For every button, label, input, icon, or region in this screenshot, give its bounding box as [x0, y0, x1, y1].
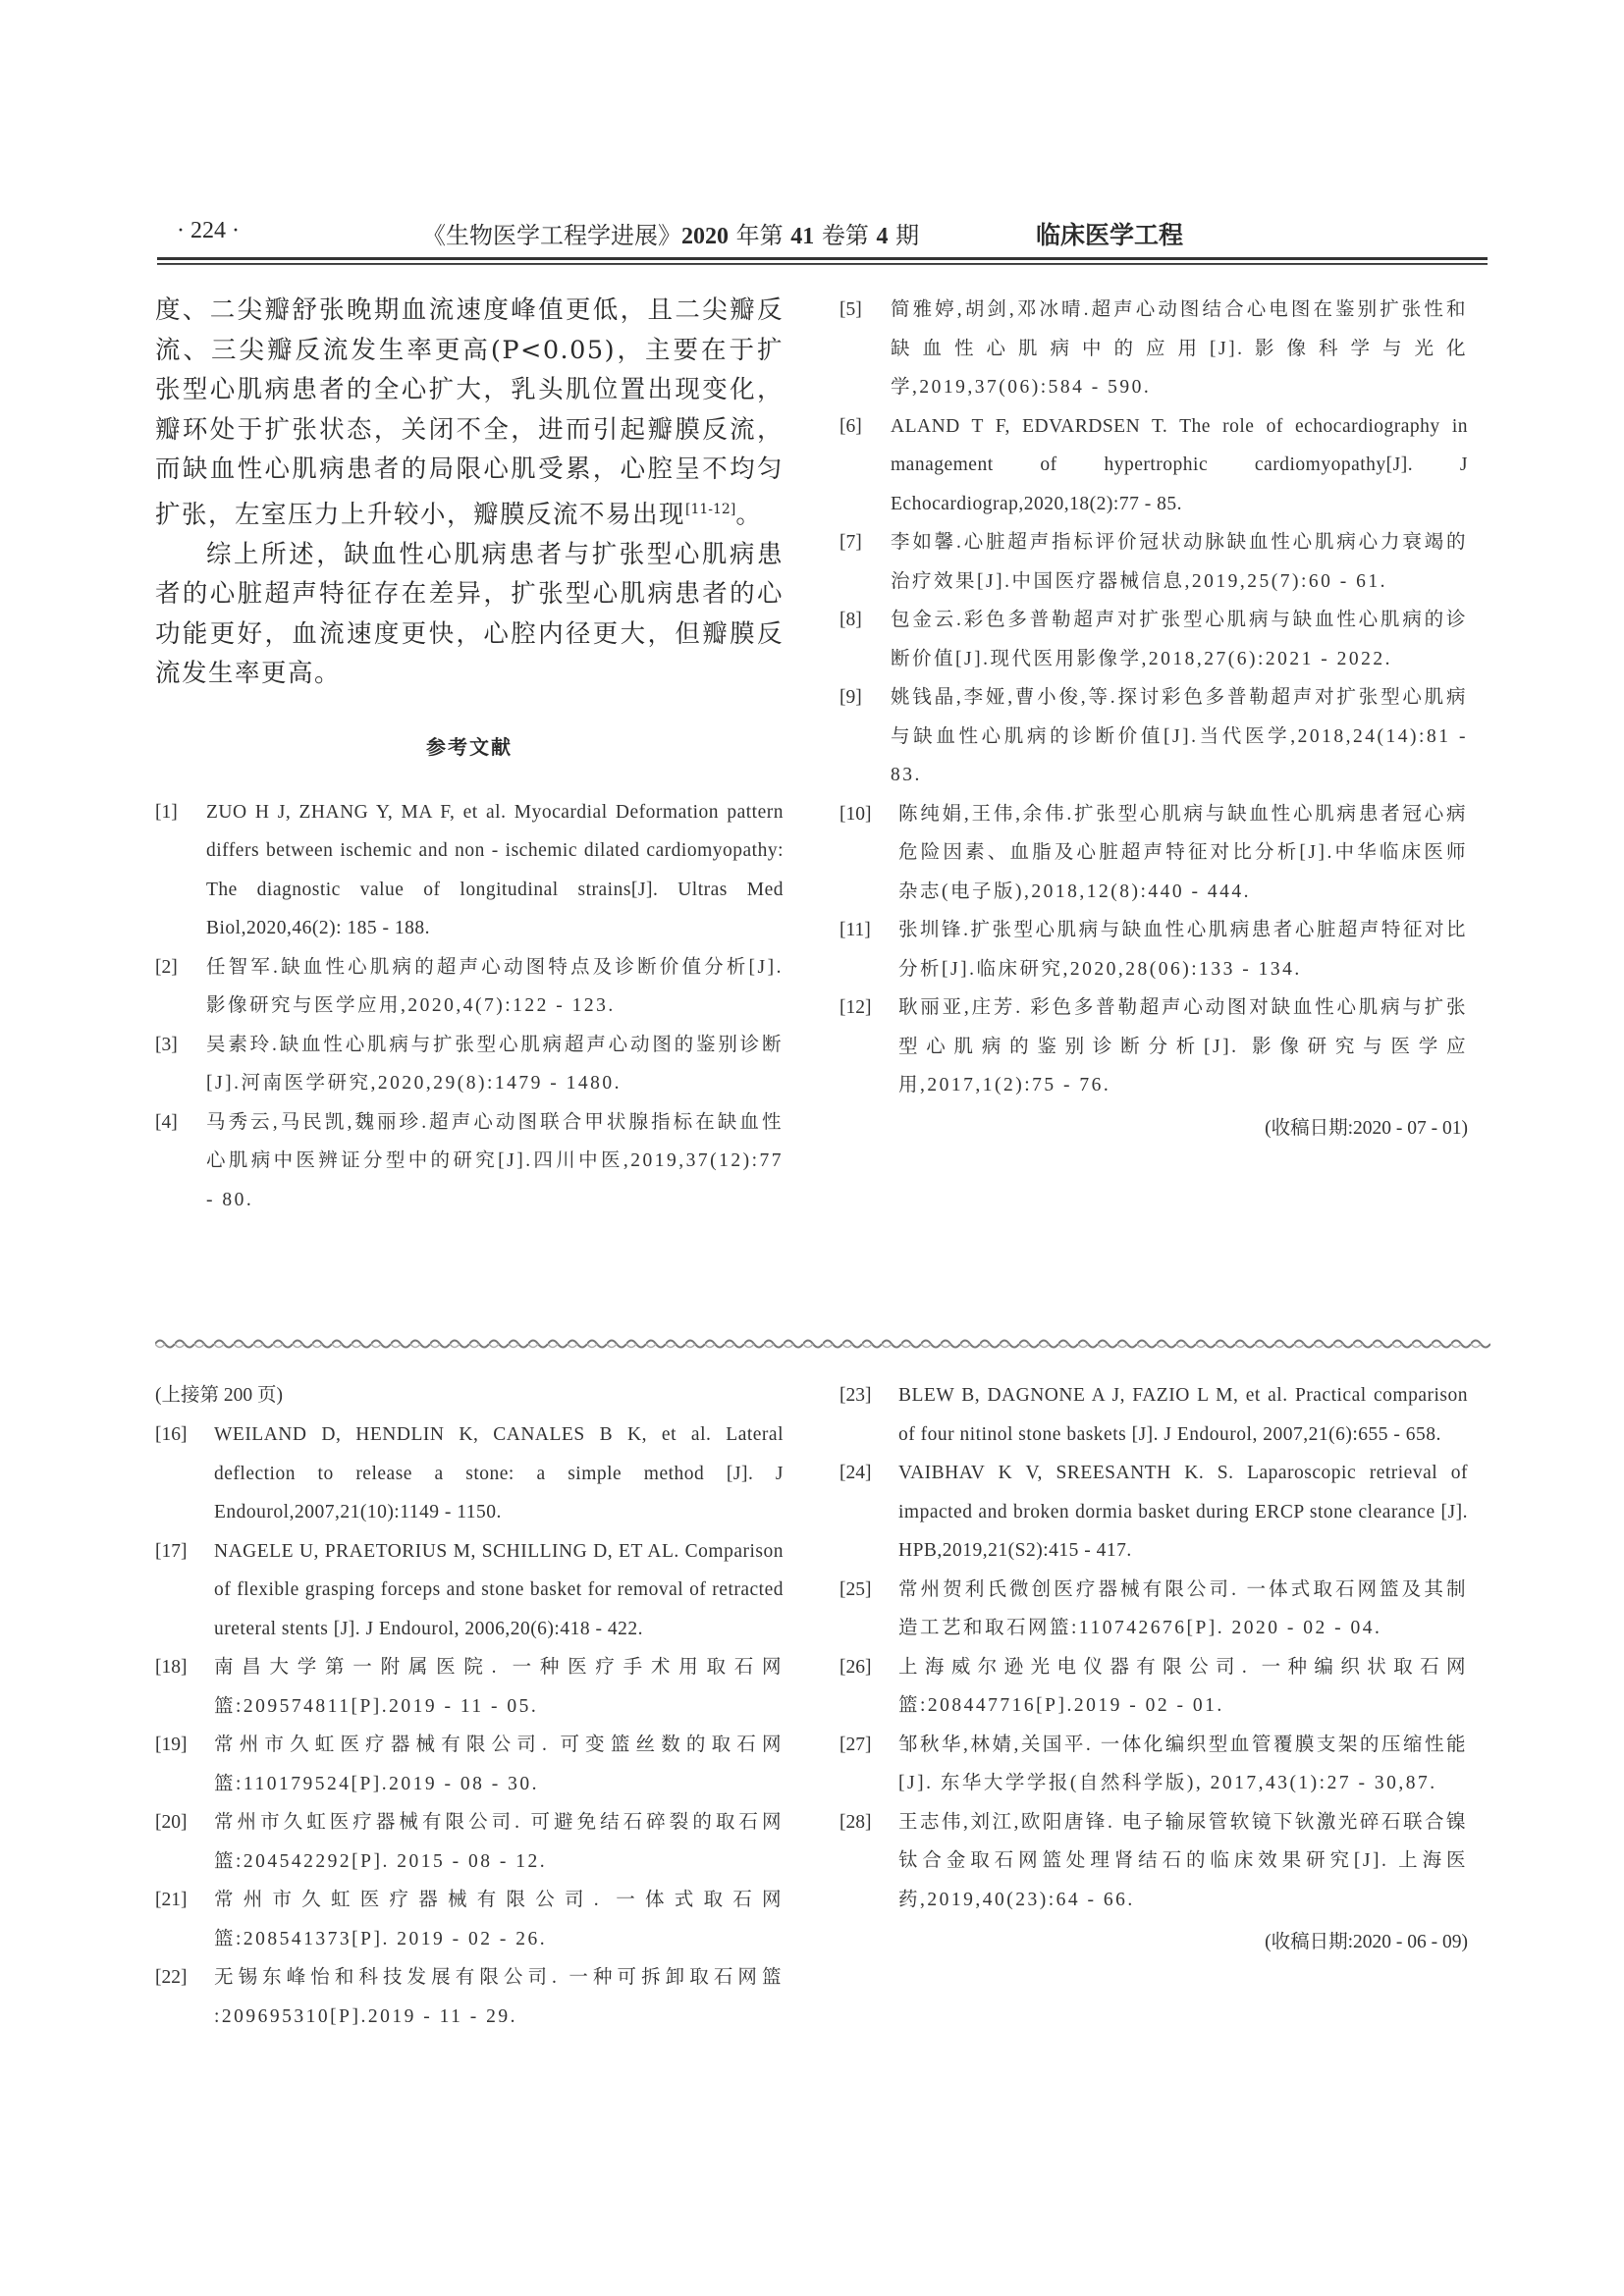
reference-text: ZUO H J, ZHANG Y, MA F, et al. Myocardia…: [206, 793, 784, 948]
reference-item: [6]ALAND T F, EDVARDSEN T. The role of e…: [839, 407, 1468, 524]
received-date: (收稿日期:2020 - 06 - 09): [839, 1923, 1468, 1962]
reference-item: [23]BLEW B, DAGNONE A J, FAZIO L M, et a…: [839, 1376, 1468, 1454]
reference-number: [21]: [155, 1881, 214, 1958]
reference-number: [22]: [155, 1958, 214, 2036]
header-rule-thin: [157, 264, 1488, 265]
reference-text: 邹秋华,林婧,关国平. 一体化编织型血管覆膜支架的压缩性能[J]. 东华大学学报…: [898, 1726, 1468, 1803]
journal-issue: 4: [877, 224, 889, 249]
reference-number: [4]: [155, 1103, 206, 1220]
reference-text: 常州市久虹医疗器械有限公司. 可变篮丝数的取石网篮:110179524[P].2…: [214, 1726, 784, 1803]
reference-number: [1]: [155, 793, 206, 948]
reference-item: [18]南昌大学第一附属医院. 一种医疗手术用取石网篮:209574811[P]…: [155, 1648, 784, 1726]
reference-item: [3]吴素玲.缺血性心肌病与扩张型心肌病超声心动图的鉴别诊断[J].河南医学研究…: [155, 1026, 784, 1103]
reference-number: [18]: [155, 1648, 214, 1726]
reference-text: 包金云.彩色多普勒超声对扩张型心肌病与缺血性心肌病的诊断价值[J].现代医用影像…: [891, 601, 1468, 678]
reference-number: [27]: [839, 1726, 898, 1803]
reference-number: [19]: [155, 1726, 214, 1803]
reference-number: [23]: [839, 1376, 898, 1454]
right-column-top: [5]简雅婷,胡剑,邓冰晴.超声心动图结合心电图在鉴别扩张性和缺血性心肌病中的应…: [839, 291, 1468, 1148]
reference-text: 李如馨.心脏超声指标评价冠状动脉缺血性心肌病心力衰竭的治疗效果[J].中国医疗器…: [891, 523, 1468, 601]
reference-number: [24]: [839, 1454, 898, 1571]
reference-text: 耿丽亚,庄芳. 彩色多普勒超声心动图对缺血性心肌病与扩张型心肌病的鉴别诊断分析[…: [898, 988, 1468, 1105]
conclusion-paragraph: 综上所述，缺血性心肌病患者与扩张型心肌病患者的心脏超声特征存在差异，扩张型心肌病…: [155, 535, 784, 694]
reference-item: [5]简雅婷,胡剑,邓冰晴.超声心动图结合心电图在鉴别扩张性和缺血性心肌病中的应…: [839, 291, 1468, 407]
paragraph-text: 度、二尖瓣舒张晚期血流速度峰值更低，且二尖瓣反流、三尖瓣反流发生率更高(P<0.…: [155, 295, 784, 529]
reference-text: 姚钱晶,李娅,曹小俊,等.探讨彩色多普勒超声对扩张型心肌病与缺血性心肌病的诊断价…: [891, 678, 1468, 795]
page-number: · 224 ·: [177, 218, 240, 244]
reference-text: 简雅婷,胡剑,邓冰晴.超声心动图结合心电图在鉴别扩张性和缺血性心肌病中的应用[J…: [891, 291, 1468, 407]
volume-suffix: 卷第: [814, 222, 876, 249]
journal-citation-line: 《生物医学工程学进展》2020 年第 41 卷第 4 期: [422, 216, 919, 250]
reference-text: 张圳锋.扩张型心肌病与缺血性心肌病患者心脏超声特征对比分析[J].临床研究,20…: [898, 911, 1468, 988]
reference-text: WEILAND D, HENDLIN K, CANALES B K, et al…: [214, 1415, 784, 1532]
reference-text: ALAND T F, EDVARDSEN T. The role of echo…: [891, 407, 1468, 524]
reference-item: [1]ZUO H J, ZHANG Y, MA F, et al. Myocar…: [155, 793, 784, 948]
reference-text: 王志伟,刘江,欧阳唐锋. 电子输尿管软镜下钬激光碎石联合镍钛合金取石网篮处理肾结…: [898, 1803, 1468, 1920]
reference-text: 陈纯娟,王伟,余伟.扩张型心肌病与缺血性心肌病患者冠心病危险因素、血脂及心脏超声…: [898, 795, 1468, 912]
reference-number: [3]: [155, 1026, 206, 1103]
issue-suffix: 期: [889, 222, 920, 249]
reference-item: [12]耿丽亚,庄芳. 彩色多普勒超声心动图对缺血性心肌病与扩张型心肌病的鉴别诊…: [839, 988, 1468, 1105]
reference-number: [12]: [839, 988, 898, 1105]
reference-text: BLEW B, DAGNONE A J, FAZIO L M, et al. P…: [898, 1376, 1468, 1454]
reference-number: [7]: [839, 523, 891, 601]
references-heading: 参考文献: [155, 731, 784, 760]
journal-title: 《生物医学工程学进展》: [422, 222, 681, 249]
reference-number: [2]: [155, 948, 206, 1026]
reference-text: 任智军.缺血性心肌病的超声心动图特点及诊断价值分析[J].影像研究与医学应用,2…: [206, 948, 784, 1026]
reference-number: [28]: [839, 1803, 898, 1920]
running-header: · 224 · 《生物医学工程学进展》2020 年第 41 卷第 4 期 临床医…: [157, 216, 1492, 255]
left-column-top: 度、二尖瓣舒张晚期血流速度峰值更低，且二尖瓣反流、三尖瓣反流发生率更高(P<0.…: [155, 291, 784, 1219]
received-date: (收稿日期:2020 - 07 - 01): [839, 1109, 1468, 1148]
header-rule: [157, 257, 1488, 264]
reference-number: [6]: [839, 407, 891, 524]
reference-item: [22]无锡东峰怡和科技发展有限公司. 一种可拆卸取石网篮 :209695310…: [155, 1958, 784, 2036]
reference-number: [25]: [839, 1571, 898, 1648]
reference-item: [20]常州市久虹医疗器械有限公司. 可避免结石碎裂的取石网篮:20454229…: [155, 1803, 784, 1881]
reference-item: [25]常州贺利氏微创医疗器械有限公司. 一体式取石网篮及其制造工艺和取石网篮:…: [839, 1571, 1468, 1648]
reference-item: [27]邹秋华,林婧,关国平. 一体化编织型血管覆膜支架的压缩性能[J]. 东华…: [839, 1726, 1468, 1803]
reference-number: [26]: [839, 1648, 898, 1726]
reference-item: [16]WEILAND D, HENDLIN K, CANALES B K, e…: [155, 1415, 784, 1532]
wavy-divider: [155, 1337, 1490, 1351]
reference-text: VAIBHAV K V, SREESANTH K. S. Laparoscopi…: [898, 1454, 1468, 1571]
reference-item: [26]上海威尔逊光电仪器有限公司. 一种编织状取石网篮:208447716[P…: [839, 1648, 1468, 1726]
reference-item: [10]陈纯娟,王伟,余伟.扩张型心肌病与缺血性心肌病患者冠心病危险因素、血脂及…: [839, 795, 1468, 912]
reference-text: 常州市久虹医疗器械有限公司. 一体式取石网篮:208541373[P]. 201…: [214, 1881, 784, 1958]
year-suffix: 年第: [729, 222, 790, 249]
reference-text: 常州市久虹医疗器械有限公司. 可避免结石碎裂的取石网篮:204542292[P]…: [214, 1803, 784, 1881]
citation-superscript[interactable]: [11-12]: [685, 502, 735, 517]
reference-text: NAGELE U, PRAETORIUS M, SCHILLING D, ET …: [214, 1532, 784, 1649]
journal-volume: 41: [790, 224, 814, 249]
paragraph-end: 。: [735, 500, 762, 529]
journal-year: 2020: [681, 224, 729, 249]
reference-text: 无锡东峰怡和科技发展有限公司. 一种可拆卸取石网篮 :209695310[P].…: [214, 1958, 784, 2036]
reference-number: [8]: [839, 601, 891, 678]
reference-item: [28]王志伟,刘江,欧阳唐锋. 电子输尿管软镜下钬激光碎石联合镍钛合金取石网篮…: [839, 1803, 1468, 1920]
reference-item: [11]张圳锋.扩张型心肌病与缺血性心肌病患者心脏超声特征对比分析[J].临床研…: [839, 911, 1468, 988]
reference-item: [24]VAIBHAV K V, SREESANTH K. S. Laparos…: [839, 1454, 1468, 1571]
reference-text: 常州贺利氏微创医疗器械有限公司. 一体式取石网篮及其制造工艺和取石网篮:1107…: [898, 1571, 1468, 1648]
reference-number: [17]: [155, 1532, 214, 1649]
reference-item: [7]李如馨.心脏超声指标评价冠状动脉缺血性心肌病心力衰竭的治疗效果[J].中国…: [839, 523, 1468, 601]
reference-number: [20]: [155, 1803, 214, 1881]
reference-item: [9]姚钱晶,李娅,曹小俊,等.探讨彩色多普勒超声对扩张型心肌病与缺血性心肌病的…: [839, 678, 1468, 795]
reference-number: [16]: [155, 1415, 214, 1532]
reference-text: 上海威尔逊光电仪器有限公司. 一种编织状取石网篮:208447716[P].20…: [898, 1648, 1468, 1726]
body-paragraph: 度、二尖瓣舒张晚期血流速度峰值更低，且二尖瓣反流、三尖瓣反流发生率更高(P<0.…: [155, 291, 784, 535]
reference-item: [4]马秀云,马民凯,魏丽珍.超声心动图联合甲状腺指标在缺血性心肌病中医辨证分型…: [155, 1103, 784, 1220]
reference-item: [19]常州市久虹医疗器械有限公司. 可变篮丝数的取石网篮:110179524[…: [155, 1726, 784, 1803]
reference-item: [2]任智军.缺血性心肌病的超声心动图特点及诊断价值分析[J].影像研究与医学应…: [155, 948, 784, 1026]
reference-list: [16]WEILAND D, HENDLIN K, CANALES B K, e…: [155, 1415, 784, 2036]
reference-list: [23]BLEW B, DAGNONE A J, FAZIO L M, et a…: [839, 1376, 1468, 1919]
left-column-bottom: (上接第 200 页) [16]WEILAND D, HENDLIN K, CA…: [155, 1376, 784, 2036]
reference-text: 马秀云,马民凯,魏丽珍.超声心动图联合甲状腺指标在缺血性心肌病中医辨证分型中的研…: [206, 1103, 784, 1220]
reference-text: 吴素玲.缺血性心肌病与扩张型心肌病超声心动图的鉴别诊断[J].河南医学研究,20…: [206, 1026, 784, 1103]
reference-item: [8]包金云.彩色多普勒超声对扩张型心肌病与缺血性心肌病的诊断价值[J].现代医…: [839, 601, 1468, 678]
reference-list: [1]ZUO H J, ZHANG Y, MA F, et al. Myocar…: [155, 793, 784, 1220]
reference-number: [5]: [839, 291, 891, 407]
reference-number: [10]: [839, 795, 898, 912]
reference-item: [21]常州市久虹医疗器械有限公司. 一体式取石网篮:208541373[P].…: [155, 1881, 784, 1958]
reference-item: [17]NAGELE U, PRAETORIUS M, SCHILLING D,…: [155, 1532, 784, 1649]
reference-list: [5]简雅婷,胡剑,邓冰晴.超声心动图结合心电图在鉴别扩张性和缺血性心肌病中的应…: [839, 291, 1468, 1105]
right-column-bottom: [23]BLEW B, DAGNONE A J, FAZIO L M, et a…: [839, 1376, 1468, 1962]
section-name: 临床医学工程: [1036, 216, 1183, 251]
journal-page: · 224 · 《生物医学工程学进展》2020 年第 41 卷第 4 期 临床医…: [0, 0, 1624, 2296]
reference-number: [9]: [839, 678, 891, 795]
reference-number: [11]: [839, 911, 898, 988]
continued-from-note: (上接第 200 页): [155, 1376, 784, 1415]
reference-text: 南昌大学第一附属医院. 一种医疗手术用取石网篮:209574811[P].201…: [214, 1648, 784, 1726]
